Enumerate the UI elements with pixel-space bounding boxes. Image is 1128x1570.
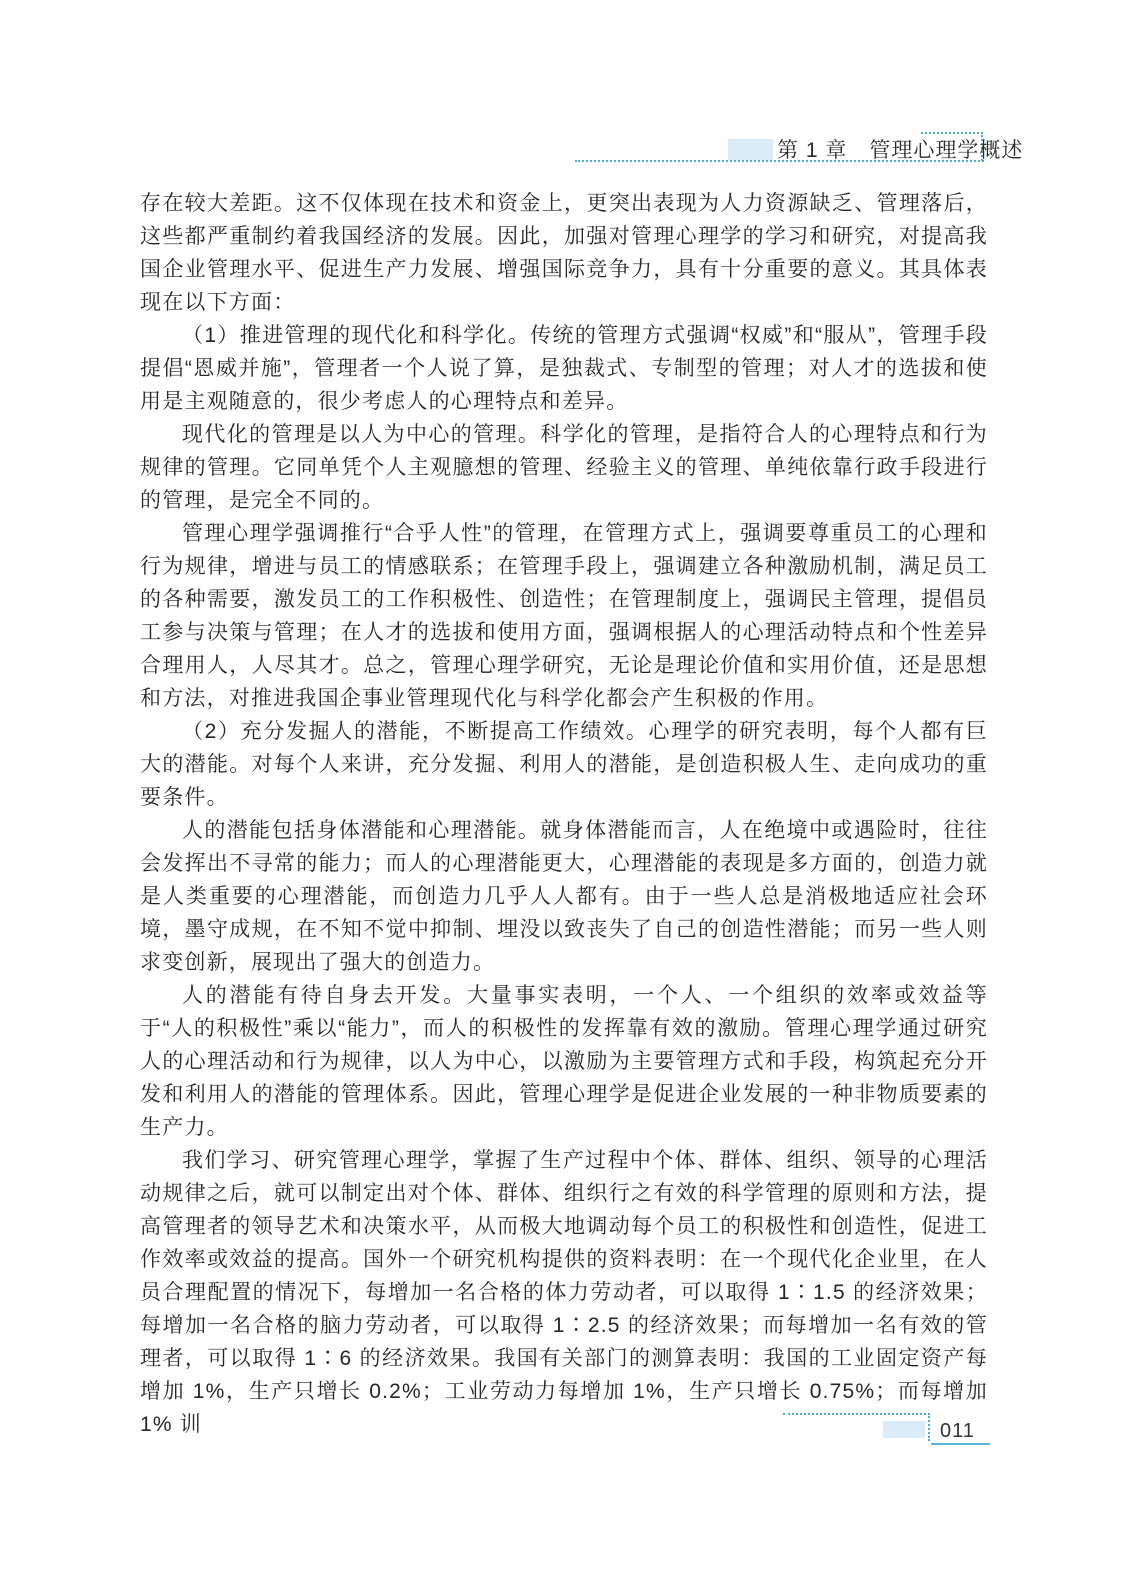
- body-paragraph: 人的潜能包括身体潜能和心理潜能。就身体潜能而言，人在绝境中或遇险时，往往会发挥出…: [140, 814, 988, 979]
- book-page: 第 1 章 管理心理学概述 存在较大差距。这不仅体现在技术和资金上，更突出表现为…: [0, 0, 1128, 1570]
- body-paragraph: 我们学习、研究管理心理学，掌握了生产过程中个体、群体、组织、领导的心理活动规律之…: [140, 1144, 988, 1441]
- body-paragraph: 存在较大差距。这不仅体现在技术和资金上，更突出表现为人力资源缺乏、管理落后，这些…: [140, 187, 988, 319]
- page-number-underline: [931, 1443, 990, 1445]
- header-accent-block: [728, 139, 773, 160]
- chapter-running-head: 第 1 章 管理心理学概述: [777, 134, 1023, 164]
- footer-dotted-rule: [783, 1413, 930, 1415]
- page-body: 存在较大差距。这不仅体现在技术和资金上，更突出表现为人力资源缺乏、管理落后，这些…: [140, 187, 988, 1441]
- page-number: 011: [940, 1420, 975, 1443]
- body-paragraph: 人的潜能有待自身去开发。大量事实表明，一个人、一个组织的效率或效益等于“人的积极…: [140, 979, 988, 1144]
- body-paragraph: （1）推进管理的现代化和科学化。传统的管理方式强调“权威”和“服从”，管理手段提…: [140, 319, 988, 418]
- body-paragraph: 现代化的管理是以人为中心的管理。科学化的管理，是指符合人的心理特点和行为规律的管…: [140, 418, 988, 517]
- body-paragraph: （2）充分发掘人的潜能，不断提高工作绩效。心理学的研究表明，每个人都有巨大的潜能…: [140, 715, 988, 814]
- footer-accent-block: [883, 1421, 925, 1438]
- body-paragraph: 管理心理学强调推行“合乎人性”的管理，在管理方式上，强调要尊重员工的心理和行为规…: [140, 517, 988, 715]
- footer-dotted-corner-bracket: [928, 1413, 930, 1441]
